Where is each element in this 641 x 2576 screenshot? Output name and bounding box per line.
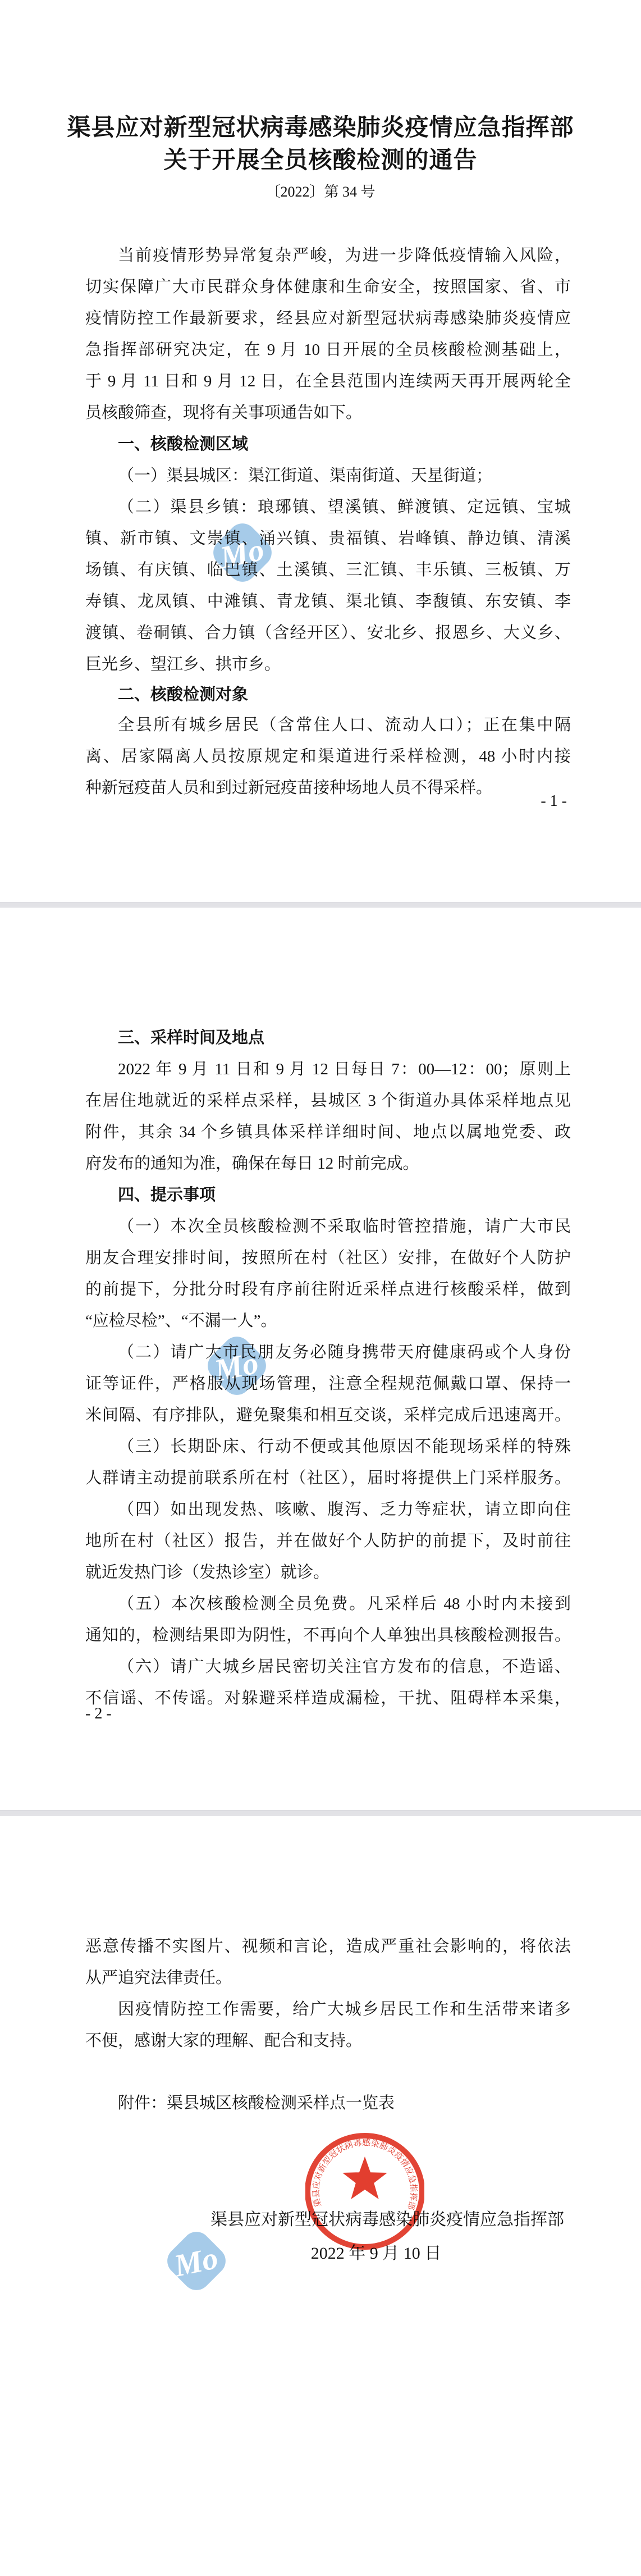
body-line: 证等证件，严格服从现场管理，注意全程规范佩戴口罩、保持一: [85, 1368, 571, 1400]
body-line: 巨光乡、望江乡、拱市乡。: [85, 649, 571, 681]
body-line: （二）渠县乡镇：琅琊镇、望溪镇、鲜渡镇、定远镇、宝城: [85, 491, 571, 523]
body-line: 的前提下，分批分时段有序前往附近采样点进行核酸采样，做到: [85, 1274, 571, 1306]
body-line: 朋友合理安排时间，按照所在村（社区）安排，在做好个人防护: [85, 1242, 571, 1274]
body-line: 寿镇、龙凤镇、中滩镇、青龙镇、渠北镇、李馥镇、东安镇、李: [85, 586, 571, 618]
body-line: 当前疫情形势异常复杂严峻，为进一步降低疫情输入风险，: [85, 240, 571, 272]
body-line: 恶意传播不实图片、视频和言论，造成严重社会影响的，将依法: [85, 1931, 571, 1963]
body-line: 从严追究法律责任。: [85, 1962, 571, 1994]
body-line: （一）本次全员核酸检测不采取临时管控措施，请广大市民: [85, 1211, 571, 1243]
seal-ring: [308, 2136, 422, 2247]
body-line: 地所在村（社区）报告，并在做好个人防护的前提下，及时前往: [85, 1525, 571, 1557]
body-line: （四）如出现发热、咳嗽、腹泻、乏力等症状，请立即向住: [85, 1494, 571, 1526]
page-number-2: - 2 -: [85, 1706, 310, 1722]
section-heading-1: 一、核酸检测区域: [85, 428, 571, 461]
page-number-1: - 1 -: [85, 793, 567, 810]
scanned-notice-document: Mo Mo Mo 渠县应对新型冠状病毒感染肺炎疫情应急指挥部 关于开展全员核酸检…: [0, 0, 641, 2576]
document-title-line-2: 关于开展全员核酸检测的通告: [0, 144, 641, 177]
body-line: 离、居家隔离人员按原规定和渠道进行采样检测，48 小时内接: [85, 741, 571, 773]
body-line: 渡镇、卷硐镇、合力镇（含经开区）、安北乡、报恩乡、大义乡、: [85, 617, 571, 649]
body-line: （六）请广大城乡居民密切关注官方发布的信息，不造谣、: [85, 1651, 571, 1683]
page-separator-1: [0, 902, 641, 908]
body-line: 人群请主动提前联系所在村（社区），届时将提供上门采样服务。: [85, 1462, 571, 1494]
attachment-line: 附件：渠县城区核酸检测采样点一览表: [85, 2087, 571, 2119]
body-line: 不便，感谢大家的理解、配合和支持。: [85, 2025, 571, 2057]
body-line: 因疫情防控工作需要，给广大城乡居民工作和生活带来诸多: [85, 1994, 571, 2026]
body-line: 在居住地就近的采样点采样，县城区 3 个街道办具体采样地点见: [85, 1085, 571, 1117]
document-title-line-1: 渠县应对新型冠状病毒感染肺炎疫情应急指挥部: [0, 111, 641, 145]
body-line: （五）本次核酸检测全员免费。凡采样后 48 小时内未接到: [85, 1588, 571, 1620]
body-line: 全县所有城乡居民（含常住人口、流动人口）；正在集中隔: [85, 709, 571, 741]
body-line: 附件，其余 34 个乡镇具体采样详细时间、地点以属地党委、政: [85, 1116, 571, 1148]
body-line: 于 9 月 11 日和 9 月 12 日，在全县范围内连续两天再开展两轮全: [85, 366, 571, 398]
body-line: 急指挥部研究决定，在 9 月 10 日开展的全员核酸检测基础上，: [85, 334, 571, 366]
body-line: “应检尽检”、“不漏一人”。: [85, 1305, 571, 1337]
body-line: （二）请广大市民朋友务必随身携带天府健康码或个人身份: [85, 1337, 571, 1369]
star-icon: [342, 2156, 387, 2199]
body-line: 场镇、有庆镇、临巴镇、土溪镇、三汇镇、丰乐镇、三板镇、万: [85, 554, 571, 586]
body-line: （一）渠县城区：渠江街道、渠南街道、天星街道；: [85, 460, 571, 492]
official-seal: 渠县应对新型冠状病毒感染肺炎疫情应急指挥部: [305, 2132, 424, 2251]
section-heading-3: 三、采样时间及地点: [85, 1022, 571, 1054]
section-heading-4: 四、提示事项: [85, 1179, 571, 1211]
body-line: 就近发热门诊（发热诊室）就诊。: [85, 1557, 571, 1589]
document-number: 〔2022〕第 34 号: [0, 183, 641, 202]
body-line: 米间隔、有序排队，避免聚集和相互交谈，采样完成后迅速离开。: [85, 1399, 571, 1431]
body-line: 府发布的通知为准，确保在每日 12 时前完成。: [85, 1148, 571, 1180]
body-line: 疫情防控工作最新要求，经县应对新型冠状病毒感染肺炎疫情应: [85, 303, 571, 335]
body-line: 员核酸筛查，现将有关事项通告如下。: [85, 397, 571, 429]
body-line: 2022 年 9 月 11 日和 9 月 12 日每日 7：00—12：00；原…: [85, 1054, 571, 1086]
body-line: （三）长期卧床、行动不便或其他原因不能现场采样的特殊: [85, 1431, 571, 1463]
body-line: 通知的，检测结果即为阴性，不再向个人单独出具核酸检测报告。: [85, 1620, 571, 1652]
body-line: 切实保障广大市民群众身体健康和生命安全，按照国家、省、市: [85, 271, 571, 303]
section-heading-2: 二、核酸检测对象: [85, 679, 571, 711]
page-separator-2: [0, 1810, 641, 1816]
body-line: 镇、新市镇、文崇镇、涌兴镇、贵福镇、岩峰镇、静边镇、清溪: [85, 523, 571, 555]
